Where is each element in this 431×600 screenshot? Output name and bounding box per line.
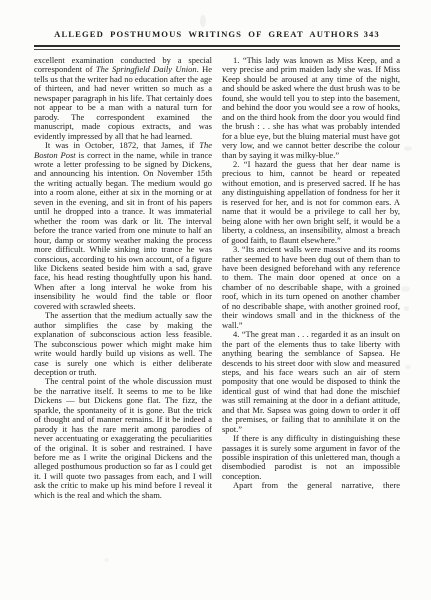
left-column: excellent examination conducted by a spe… [34,56,212,500]
paragraph: 4. “The great man . . . regarded it as a… [222,330,400,434]
paragraph: 2. “I hazard the guess that her dear nam… [222,160,400,245]
right-column: 1. “This lady was known as Miss Keep, an… [222,56,400,500]
scan-smudge [104,558,109,562]
page-number: 343 [364,29,380,39]
paragraph: If there is any difficulty in distinguis… [222,434,400,481]
paragraph: 3. “Its ancient walls were massive and i… [222,245,400,330]
header-rule [34,45,400,50]
paragraph: Apart from the general narrative, there [222,481,400,490]
paragraph: The central point of the whole discussio… [34,377,212,500]
text-columns: excellent examination conducted by a spe… [34,56,400,500]
paragraph: excellent examination conducted by a spe… [34,56,212,141]
scan-smudge [404,146,412,151]
scan-smudge [404,306,409,311]
scan-smudge [405,365,411,369]
scan-smudge [200,15,206,27]
paragraph: The assertion that the medium actually s… [34,311,212,377]
running-head: ALLEGED POSTHUMOUS WRITINGS OF GREAT AUT… [33,29,401,39]
book-page: ALLEGED POSTHUMOUS WRITINGS OF GREAT AUT… [0,0,431,600]
paragraph: 1. “This lady was known as Miss Keep, an… [222,56,400,160]
scan-smudge [401,286,410,292]
paragraph: It was in October, 1872, that James, if … [34,141,212,311]
running-head-title: ALLEGED POSTHUMOUS WRITINGS OF GREAT AUT… [54,29,359,39]
